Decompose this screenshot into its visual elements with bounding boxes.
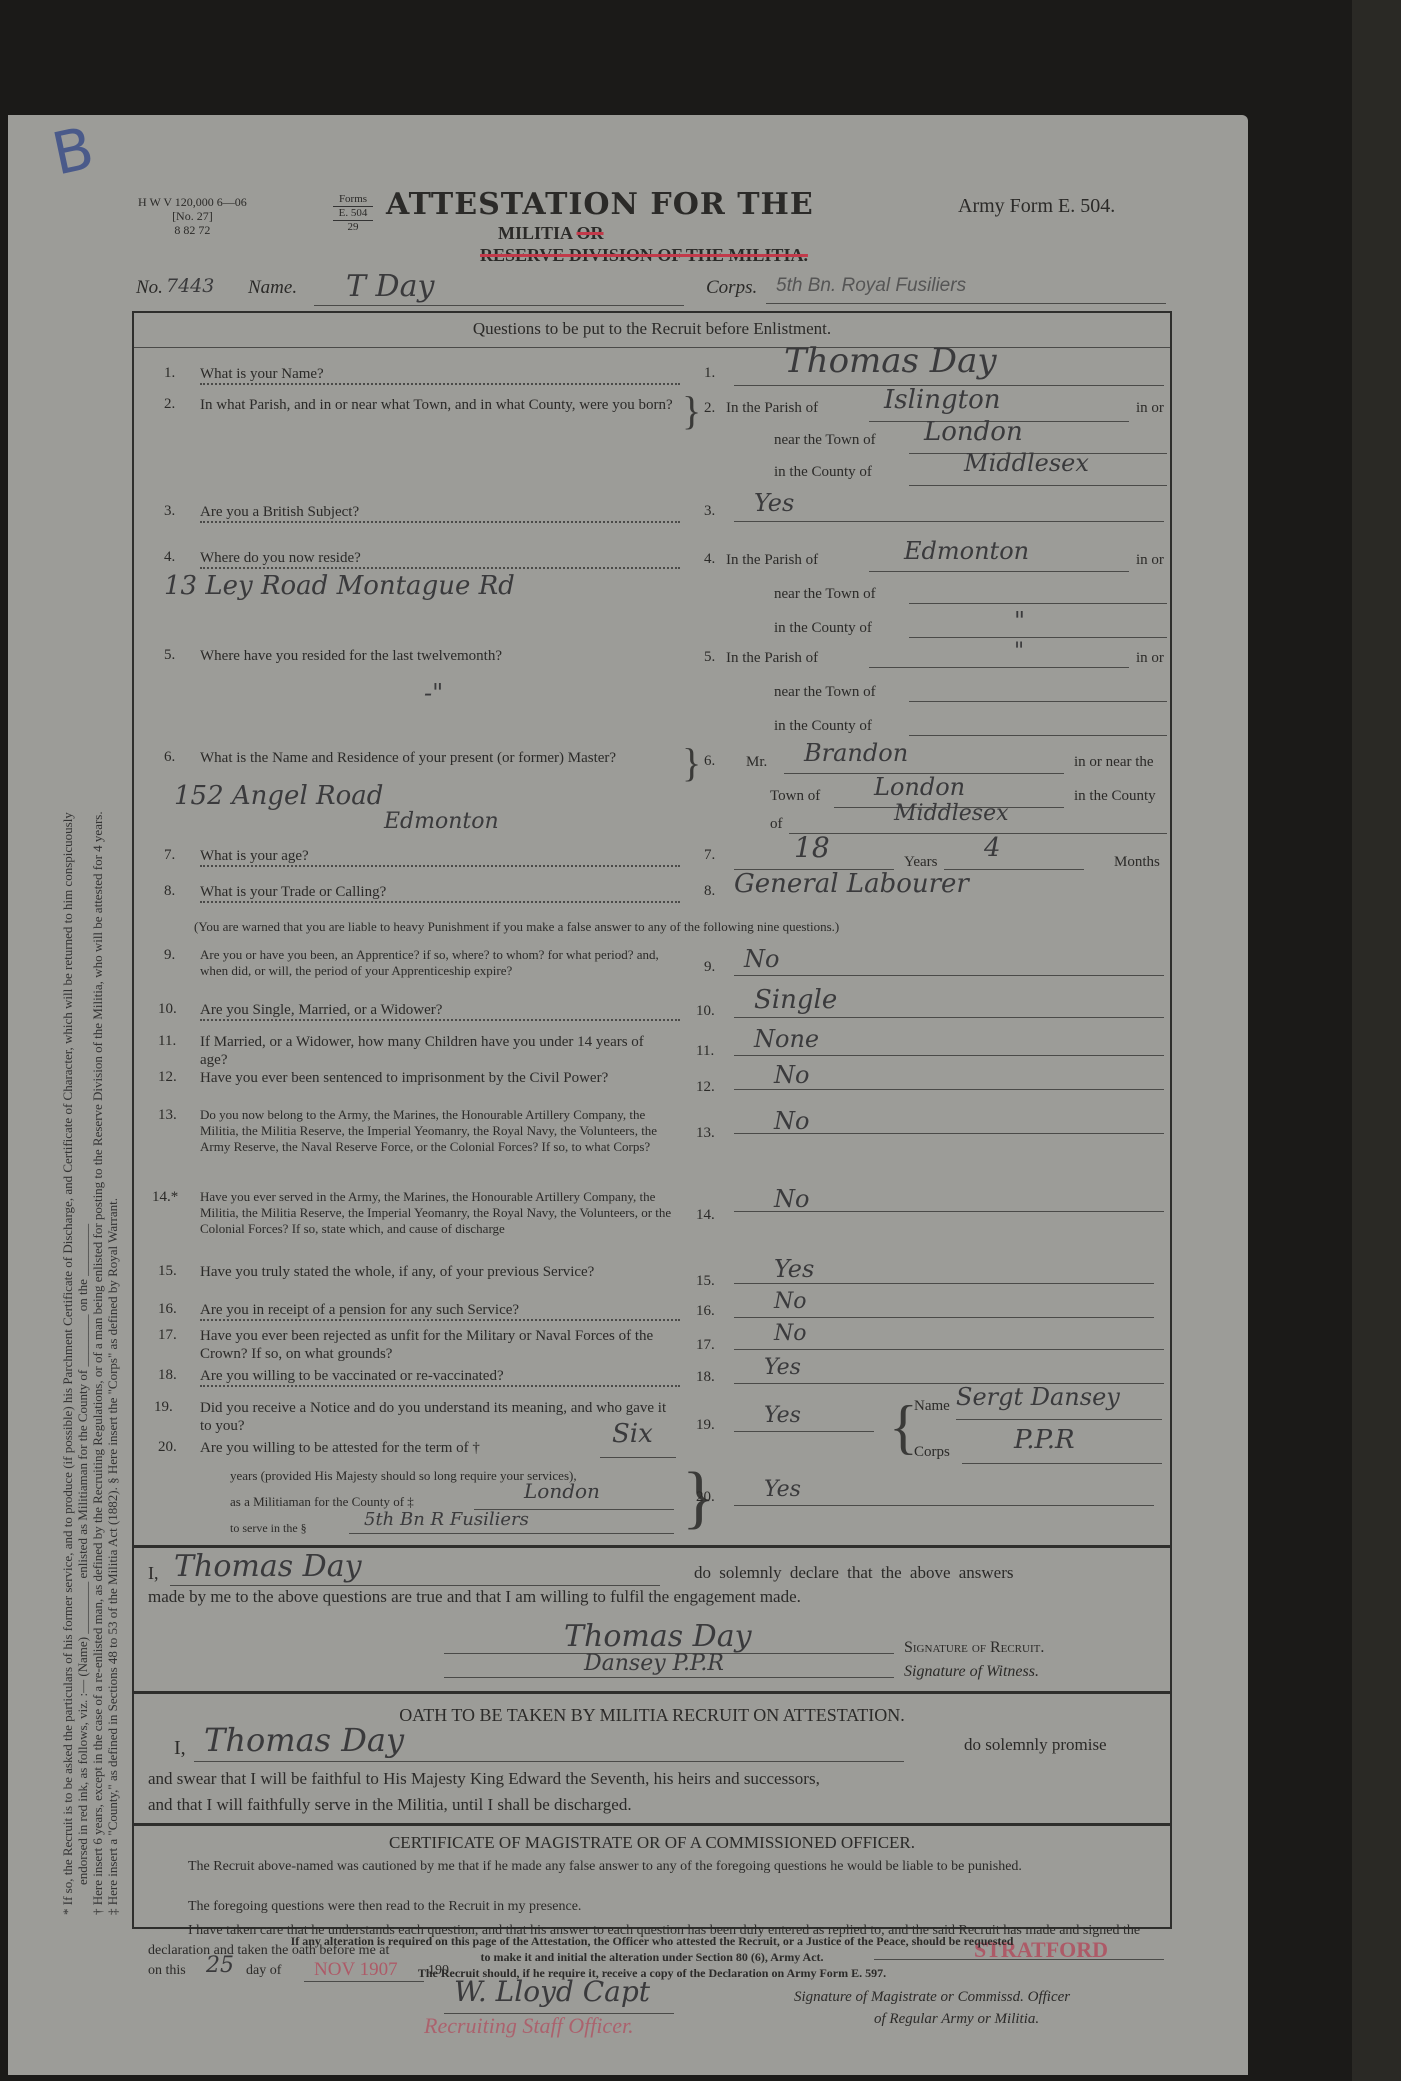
- question-text: Are you a British Subject?: [200, 503, 680, 523]
- answer-county: ": [1014, 607, 1025, 635]
- printer-info: H W V 120,000 6—06 [No. 27] 8 82 72: [138, 195, 247, 237]
- answer-served: No: [774, 1185, 809, 1213]
- town-label: near the Town of: [774, 431, 876, 449]
- answer-marital: Single: [754, 985, 837, 1015]
- declaration-i-label: I,: [148, 1563, 159, 1584]
- witness-signature: Dansey P.P.R: [584, 1651, 724, 1676]
- document-title: ATTESTATION FOR THE: [386, 187, 814, 222]
- question-text: Are you Single, Married, or a Widower?: [200, 1001, 680, 1021]
- corps-value: 5th Bn. Royal Fusiliers: [776, 275, 966, 297]
- oath-text-a: do solemnly promise: [964, 1735, 1107, 1755]
- answer-number: 8.: [704, 883, 715, 900]
- answer-number: 15.: [696, 1273, 715, 1290]
- footer-line-1: If any alteration is required on this pa…: [132, 1933, 1172, 1949]
- town-label: near the Town of: [774, 683, 876, 701]
- record-line: No. 7443 Name. T Day Corps. 5th Bn. Roya…: [136, 273, 1166, 303]
- officer-signature-label-1: Signature of Magistrate or Commissd. Off…: [794, 1989, 1070, 2006]
- subtitle-militia: MILITIA: [498, 223, 572, 243]
- parish-label: In the Parish of: [726, 649, 818, 667]
- question-text: Have you ever been rejected as unfit for…: [200, 1327, 675, 1363]
- name-label: Name.: [248, 277, 297, 299]
- subtitle-or-struck: OR: [577, 223, 604, 243]
- months-label: Months: [1114, 853, 1160, 871]
- no-label: No.: [136, 277, 163, 299]
- footer-line-2: to make it and initial the alteration un…: [132, 1949, 1172, 1965]
- margin-note-1b: endorsed in red ink, as follows, viz. :—…: [75, 315, 90, 1915]
- declaration-name: Thomas Day: [174, 1549, 362, 1584]
- officer-stamp: Recruiting Staff Officer.: [424, 2013, 634, 2039]
- county-label: in the County: [1074, 787, 1156, 805]
- residence-answer: 13 Ley Road Montague Rd: [164, 571, 515, 601]
- answer-number: 2.: [704, 399, 715, 417]
- answer-name: Thomas Day: [784, 341, 997, 381]
- recruit-signature: Thomas Day: [564, 1619, 752, 1654]
- question-text: Are you in receipt of a pension for any …: [200, 1301, 680, 1321]
- notice-corps-label: Corps: [914, 1443, 950, 1461]
- question-text: Where do you now reside?: [200, 549, 680, 569]
- answer-number: 14.: [696, 1207, 715, 1224]
- question-text: What is the Name and Residence of your p…: [200, 749, 675, 767]
- serve-in-corps: 5th Bn R Fusiliers: [364, 1509, 529, 1530]
- in-or-label: in or: [1136, 551, 1164, 569]
- mr-label: Mr.: [746, 753, 767, 771]
- answer-number: 7.: [704, 847, 715, 864]
- binding-spine: [1352, 0, 1401, 2081]
- answer-town: London: [924, 417, 1023, 447]
- answer-parish: ": [1014, 639, 1024, 664]
- answer-stated: Yes: [774, 1255, 814, 1283]
- notice-name: Sergt Dansey: [956, 1383, 1120, 1411]
- oath-text-c: and that I will faithfully serve in the …: [148, 1795, 632, 1815]
- forms-label: Forms: [333, 193, 373, 207]
- name-value: T Day: [346, 269, 434, 304]
- parish-label: In the Parish of: [726, 399, 818, 417]
- master-name: Brandon: [804, 739, 908, 767]
- printer-line-3: 8 82 72: [138, 223, 247, 237]
- term-years: Six: [612, 1419, 653, 1449]
- margin-notes: * If so, the Recruit is to be asked the …: [60, 315, 120, 1915]
- near-label: in or near the: [1074, 753, 1154, 771]
- annotation-letter: B: [46, 114, 99, 189]
- answer-number: 10.: [696, 1003, 715, 1020]
- subtitle-reserve-struck: RESERVE DIVISION OF THE MILITIA.: [480, 245, 808, 266]
- no-value: 7443: [166, 275, 214, 297]
- question-text-a: Are you willing to be attested for the t…: [200, 1439, 480, 1457]
- answer-number: 13.: [696, 1125, 715, 1142]
- town-label: near the Town of: [774, 585, 876, 603]
- answer-number: 19.: [696, 1417, 715, 1434]
- printer-line-2: [No. 27]: [138, 209, 247, 223]
- answer-british: Yes: [754, 489, 794, 517]
- certificate-para-2: The foregoing questions were then read t…: [188, 1899, 581, 1915]
- master-town: London: [874, 773, 965, 801]
- answer-notice: Yes: [764, 1403, 801, 1428]
- answer-number: 11.: [696, 1043, 714, 1060]
- answer-number: 9.: [704, 959, 715, 976]
- answer-number: 4.: [704, 551, 715, 568]
- army-form-number: Army Form E. 504.: [958, 195, 1115, 218]
- answer-belong: No: [774, 1107, 809, 1135]
- answer-number: 3.: [704, 503, 715, 520]
- answer-parish: Edmonton: [904, 537, 1029, 565]
- in-or-label: in or: [1136, 649, 1164, 667]
- false-answer-warning: (You are warned that you are liable to h…: [194, 919, 839, 935]
- oath-name: Thomas Day: [204, 1721, 404, 1759]
- question-text: Where have you resided for the last twel…: [200, 647, 680, 665]
- age-years: 18: [794, 831, 830, 864]
- county-label: in the County of: [774, 463, 872, 481]
- residence-answer: -": [424, 679, 443, 707]
- divider: [134, 1691, 1170, 1694]
- notice-corps: P.P.R: [1014, 1425, 1075, 1455]
- answer-number: 1.: [704, 365, 715, 382]
- answer-number: 12.: [696, 1079, 715, 1096]
- certificate-heading: CERTIFICATE OF MAGISTRATE OR OF A COMMIS…: [134, 1833, 1170, 1853]
- declaration-text-a: do solemnly declare that the above answe…: [694, 1563, 1014, 1583]
- question-text: Have you ever served in the Army, the Ma…: [200, 1189, 675, 1237]
- question-text: What is your age?: [200, 847, 680, 867]
- answer-number: 16.: [696, 1303, 715, 1320]
- attestation-page: B H W V 120,000 6—06 [No. 27] 8 82 72 Fo…: [8, 115, 1248, 2075]
- questions-box: Questions to be put to the Recruit befor…: [132, 311, 1172, 1929]
- in-or-label: in or: [1136, 399, 1164, 417]
- oath-i-label: I,: [174, 1737, 186, 1760]
- question-text: Are you willing to be vaccinated or re-v…: [200, 1367, 680, 1387]
- answer-children: None: [754, 1025, 819, 1053]
- master-residence-line-2: Edmonton: [384, 809, 499, 834]
- oath-text-b: and swear that I will be faithful to His…: [148, 1769, 820, 1789]
- trade-answer: General Labourer: [734, 869, 969, 899]
- county-label: in the County of: [774, 717, 872, 735]
- answer-parish: Islington: [884, 385, 1000, 415]
- question-text: In what Parish, and in or near what Town…: [200, 396, 675, 414]
- notice-name-label: Name: [914, 1397, 950, 1415]
- question-text: Have you ever been sentenced to imprison…: [200, 1069, 675, 1087]
- answer-number: 20.: [696, 1489, 715, 1506]
- answer-number: 17.: [696, 1337, 715, 1354]
- question-text: What is your Name?: [200, 365, 680, 385]
- certificate-para-1: The Recruit above-named was cautioned by…: [148, 1857, 1158, 1877]
- forms-sub: 29: [333, 221, 373, 234]
- militia-county: London: [524, 1479, 600, 1503]
- witness-signature-label: Signature of Witness.: [904, 1663, 1039, 1681]
- answer-apprentice: No: [744, 945, 779, 973]
- printer-line-1: H W V 120,000 6—06: [138, 195, 247, 209]
- of-label: of: [770, 815, 783, 833]
- master-county: Middlesex: [894, 801, 1009, 826]
- margin-note-1: * If so, the Recruit is to be asked the …: [60, 315, 75, 1915]
- answer-number: 5.: [704, 649, 715, 666]
- question-text: Did you receive a Notice and do you unde…: [200, 1399, 675, 1435]
- officer-signature-label-2: of Regular Army or Militia.: [874, 2011, 1039, 2028]
- answer-vaccinated: Yes: [764, 1355, 801, 1380]
- margin-note-3: ‡ Here insert a "County," as defined in …: [105, 315, 120, 1915]
- corps-label: Corps.: [706, 277, 757, 299]
- answer-number: 18.: [696, 1369, 715, 1386]
- answer-imprisonment: No: [774, 1061, 809, 1089]
- question-text: Do you now belong to the Army, the Marin…: [200, 1107, 675, 1155]
- declaration-text-b: made by me to the above questions are tr…: [148, 1587, 801, 1607]
- forms-number: Forms E. 504 29: [333, 193, 373, 234]
- parish-label: In the Parish of: [726, 551, 818, 569]
- divider: [134, 1823, 1170, 1826]
- questions-heading: Questions to be put to the Recruit befor…: [134, 319, 1170, 339]
- divider: [134, 1545, 1170, 1548]
- margin-note-2: † Here insert 6 years, except in the cas…: [90, 315, 105, 1915]
- answer-attested: Yes: [764, 1477, 801, 1502]
- question-text: Have you truly stated the whole, if any,…: [200, 1263, 675, 1281]
- answer-rejected: No: [774, 1321, 807, 1346]
- question-text: If Married, or a Widower, how many Child…: [200, 1033, 675, 1069]
- answer-pension: No: [774, 1289, 807, 1314]
- recruit-signature-label: Signature of Recruit.: [904, 1639, 1044, 1657]
- forms-code: E. 504: [333, 207, 373, 221]
- county-label: in the County of: [774, 619, 872, 637]
- answer-county: Middlesex: [964, 449, 1089, 477]
- town-label: Town of: [770, 787, 820, 805]
- master-residence-line-1: 152 Angel Road: [174, 781, 383, 811]
- subtitle-militia-line: MILITIA OR: [498, 223, 604, 244]
- question-text: What is your Trade or Calling?: [200, 883, 680, 903]
- question-text-d: to serve in the §: [230, 1519, 307, 1537]
- answer-number: 6.: [704, 753, 715, 770]
- footer-notes: If any alteration is required on this pa…: [132, 1933, 1172, 1981]
- question-text: Are you or have you been, an Apprentice?…: [200, 947, 675, 979]
- footer-line-3: The Recruit should, if he require it, re…: [132, 1965, 1172, 1981]
- age-months: 4: [984, 833, 1001, 863]
